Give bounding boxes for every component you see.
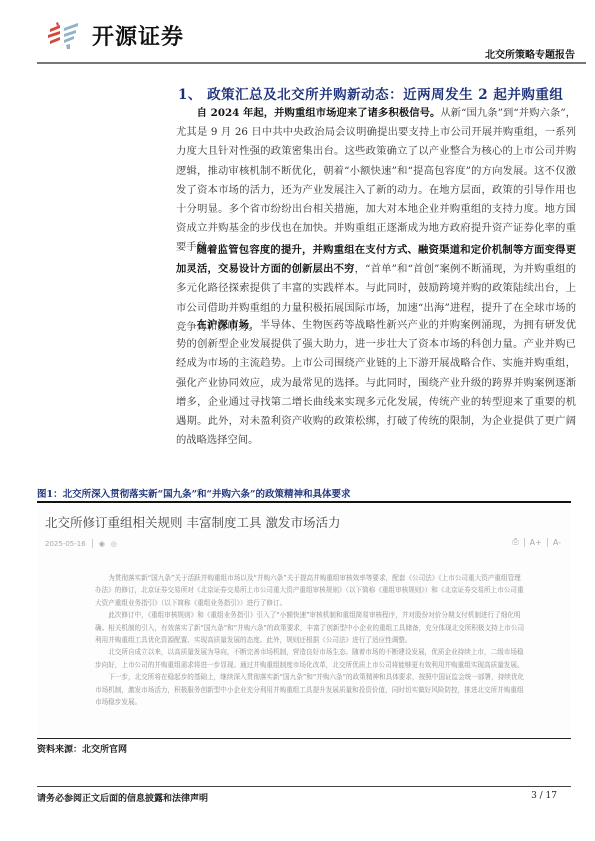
meta-divider [92, 539, 93, 548]
weibo-share-icon[interactable]: ◎ [111, 540, 117, 548]
print-icon[interactable]: ⎙ [512, 537, 518, 547]
tool-divider [547, 538, 548, 547]
paragraph-1-lead: 自 2024 年起，并购重组市场迎来了诸多积极信号。 [197, 107, 441, 119]
paragraph-3-text: ，半导体、生物医药等战略性新兴产业的并购案例涌现，为拥有研发优势的创新型企业发展… [176, 319, 576, 446]
logo-mark-icon [46, 21, 84, 51]
news-date: 2025-05-16 [45, 540, 86, 548]
figure-source: 资料来源：北交所官网 [37, 742, 127, 755]
tool-divider [524, 538, 525, 547]
figure-bottom-divider [37, 738, 571, 739]
brand-name: 开源证券 [92, 20, 184, 51]
footer-disclaimer: 请务必参阅正文后面的信息披露和法律声明 [37, 791, 208, 804]
news-headline: 北交所修订重组相关规则 丰富制度工具 激发市场活力 [45, 513, 340, 531]
paragraph-1: 自 2024 年起，并购重组市场迎来了诸多积极信号。从新“国九条”到“并购六条”… [176, 104, 576, 258]
paragraph-3: 在沪深市场，半导体、生物医药等战略性新兴产业的并购案例涌现，为拥有研发优势的创新… [176, 316, 576, 450]
news-paragraph: 为贯彻落实新“国九条”关于活跃并购重组市场以及“并购六条”关于提高并购重组审核效… [95, 572, 527, 609]
news-paragraph: 北交所自成立以来，以高质量发展为导向，不断完善市场机制，营造良好市场生态。随着市… [95, 646, 527, 671]
news-tools: ⎙ A+ A- [512, 537, 561, 547]
figure-screenshot: 北交所修订重组相关规则 丰富制度工具 激发市场活力 2025-05-16 ◉ ◎… [37, 503, 571, 737]
news-paragraph: 此次修订中，《重组审核规则》和《重组业务指引》引入了“小额快速”审核机制和重组简… [95, 609, 527, 646]
news-meta: 2025-05-16 ◉ ◎ [45, 539, 117, 548]
footer-divider [37, 786, 571, 787]
section-title: 1、 政策汇总及北交所并购新动态：近两周发生 2 起并购重组 [178, 83, 563, 103]
paragraph-3-lead: 在沪深市场 [197, 319, 250, 331]
report-type: 北交所策略专题报告 [485, 46, 575, 61]
page-number: 3 / 17 [531, 791, 557, 801]
news-paragraph: 下一步，北交所将在稳起步的基础上，继续深入贯彻落实新“国九条”和“并购六条”的政… [95, 671, 527, 708]
font-increase-button[interactable]: A+ [530, 538, 542, 547]
figure-title: 图1：北交所深入贯彻落实新“国九条”和“并购六条”的政策精神和具体要求 [37, 486, 350, 500]
news-body: 为贯彻落实新“国九条”关于活跃并购重组市场以及“并购六条”关于提高并购重组审核效… [95, 572, 527, 708]
font-decrease-button[interactable]: A- [553, 538, 561, 547]
paragraph-1-text: 从新“国九条”到“并购六条”，尤其是 9 月 26 日中共中央政治局会议明确提出… [176, 107, 576, 253]
wechat-share-icon[interactable]: ◉ [99, 540, 105, 548]
brand-logo: 开源证券 [46, 20, 184, 51]
header-divider [37, 62, 586, 64]
